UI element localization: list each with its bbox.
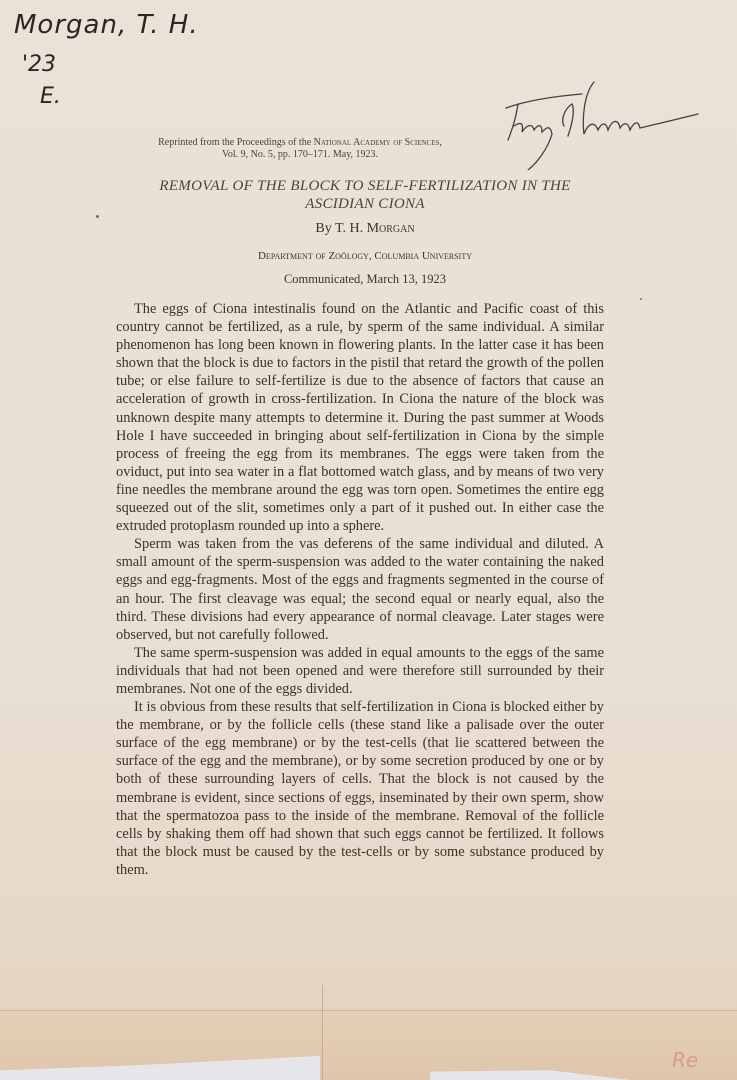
title-line-1: REMOVAL OF THE BLOCK TO SELF-FERTILIZATI…	[100, 177, 630, 195]
paper-speck	[640, 298, 642, 300]
paper-crease	[322, 985, 323, 1080]
paper-speck	[96, 215, 99, 218]
article-title: REMOVAL OF THE BLOCK TO SELF-FERTILIZATI…	[100, 177, 630, 213]
article-body: The eggs of Ciona intestinalis found on …	[116, 300, 604, 879]
paragraph: The same sperm-suspension was added in e…	[116, 644, 604, 698]
byline: By T. H. Morgan	[100, 221, 630, 237]
red-pencil-mark: Re	[672, 1048, 698, 1072]
author-name: Morgan	[367, 221, 415, 236]
reprint-org: National Academy of Sciences,	[314, 137, 442, 148]
paragraph: It is obvious from these results that se…	[116, 698, 604, 879]
title-line-2: ASCIDIAN CIONA	[100, 195, 630, 213]
byline-prefix: By T. H.	[315, 221, 366, 236]
signature-icon	[498, 78, 708, 170]
reprint-line1-prefix: Reprinted from the Proceedings of the	[158, 137, 314, 148]
handwritten-code-note: E.	[40, 84, 61, 109]
reprint-notice: Reprinted from the Proceedings of the Na…	[100, 137, 500, 161]
communicated-date: Communicated, March 13, 1923	[100, 272, 630, 287]
document-page: Morgan, T. H. '23 E. Reprinted from the …	[0, 0, 737, 1080]
reprint-citation: Vol. 9, No. 5, pp. 170–171. May, 1923.	[100, 149, 500, 161]
paragraph: Sperm was taken from the vas deferens of…	[116, 535, 604, 644]
paragraph: The eggs of Ciona intestinalis found on …	[116, 300, 604, 535]
department-affiliation: Department of Zoölogy, Columbia Universi…	[100, 250, 630, 262]
handwritten-author-note: Morgan, T. H.	[14, 10, 199, 40]
handwritten-year-note: '23	[22, 52, 56, 77]
